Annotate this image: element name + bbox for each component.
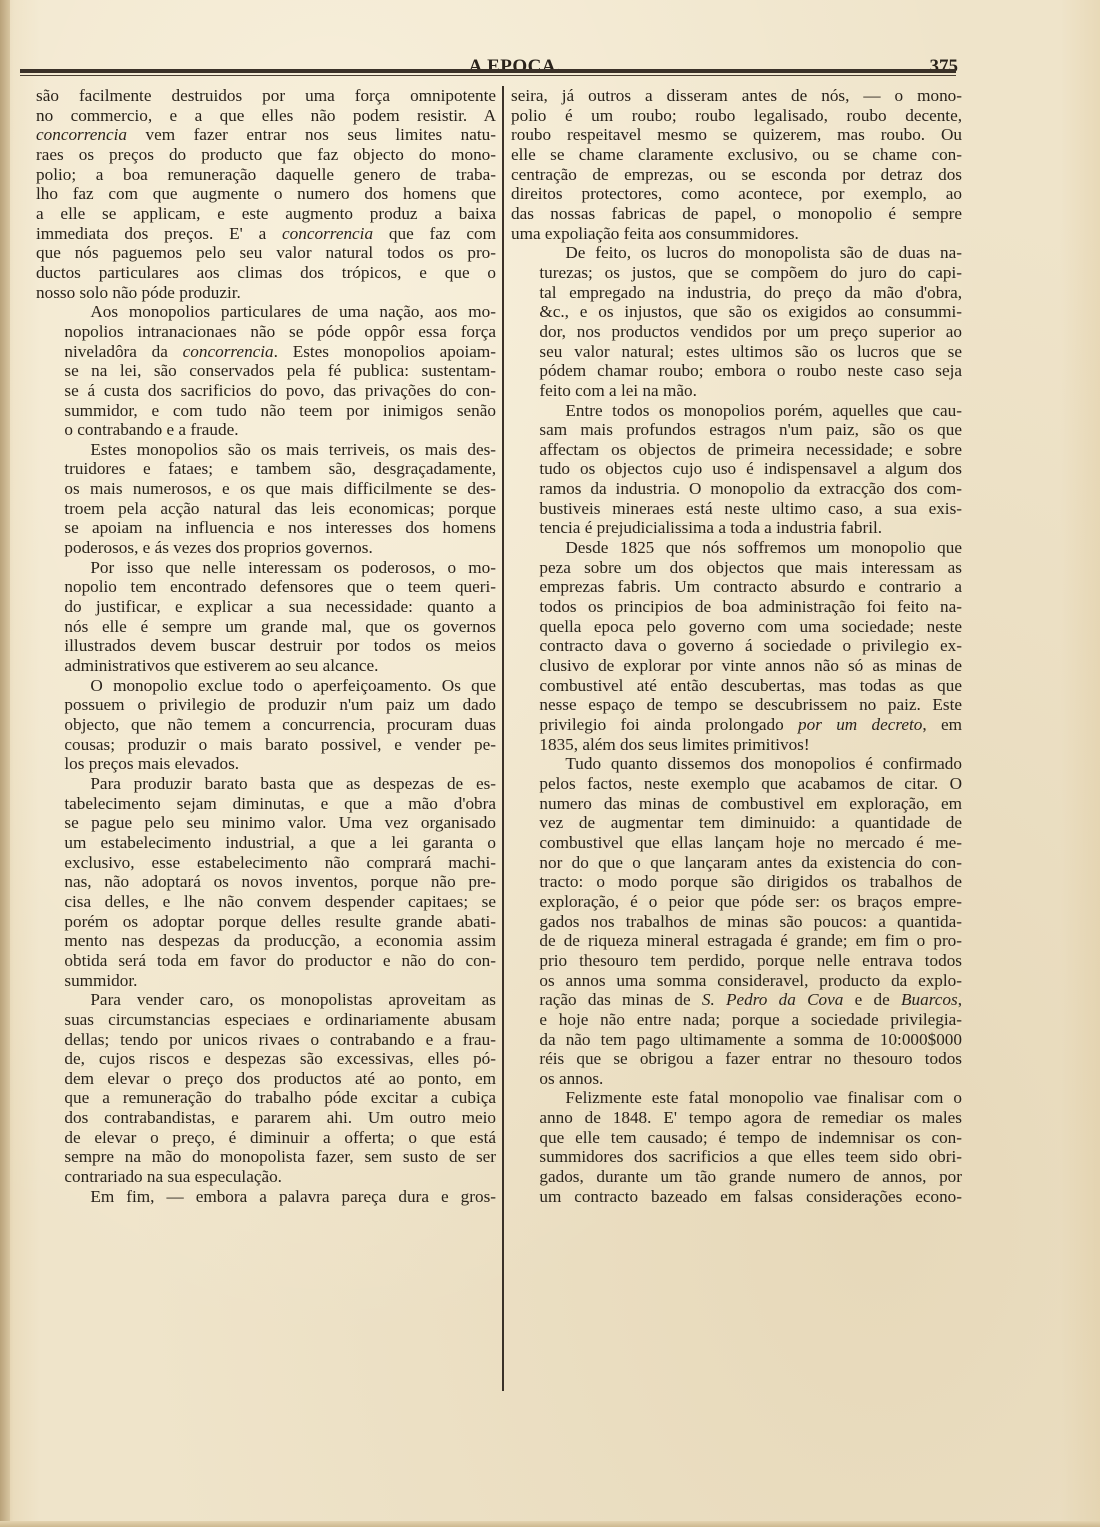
paragraph: Por isso que nelle interessam os poderos…	[36, 558, 496, 676]
text-line: nopolios intranacionaes não se póde oppô…	[36, 322, 496, 342]
text-line: raes os preços do producto que faz objec…	[36, 145, 496, 165]
text-line: uma expoliação feita aos consummidores.	[511, 224, 962, 244]
text-line: Entre todos os monopolios porém, aquelle…	[511, 401, 962, 421]
text-line: Em fim, — embora a palavra pareça dura e…	[36, 1187, 496, 1207]
text-line: sam mais profundos estragos n'um paiz, s…	[511, 420, 962, 440]
text-line: um estabelecimento industrial, a que a l…	[36, 833, 496, 853]
text-line: immediata dos preços. E' a concorrencia …	[36, 224, 496, 244]
text-line: sempre na mão do monopolista fazer, sem …	[36, 1147, 496, 1167]
text-line: nor do que o que lançaram antes da exist…	[511, 853, 962, 873]
text-line: pelos factos, neste exemplo que acabamos…	[511, 774, 962, 794]
text-line: objecto, que não temem a concurrencia, p…	[36, 715, 496, 735]
text-line: exclusivo, esse estabelecimento não comp…	[36, 853, 496, 873]
text-line: Aos monopolios particulares de uma nação…	[36, 302, 496, 322]
text-line: se apoiam na influencia e nos interesses…	[36, 518, 496, 538]
text-line: se pague pelo seu minimo valor. Uma vez …	[36, 813, 496, 833]
paragraph: Aos monopolios particulares de uma nação…	[36, 302, 496, 440]
text-line: possuem o privilegio de produzir n'um pa…	[36, 695, 496, 715]
text-line: ductos particulares aos climas dos trópi…	[36, 263, 496, 283]
text-line: nesse espaço de tempo se descubrissem no…	[511, 695, 962, 715]
text-line: peza sobre um dos objectos que mais inte…	[511, 558, 962, 578]
text-line: da não tem pago ultimamente a somma de 1…	[511, 1030, 962, 1050]
text-line: summidor.	[36, 971, 496, 991]
text-line: dos contrabandistas, e pararem ahi. Um o…	[36, 1108, 496, 1128]
text-line: e hoje não entre nada; porque a sociedad…	[511, 1010, 962, 1030]
text-line: tal empregado na industria, do preço da …	[511, 283, 962, 303]
text-line: os annos uma somma consideravel, product…	[511, 971, 962, 991]
text-line: os annos.	[511, 1069, 962, 1089]
text-line: tudo os objectos cujo uso é indispensave…	[511, 459, 962, 479]
text-line: quella epoca pelo governo com uma socied…	[511, 617, 962, 637]
text-line: tracto: o modo porque são dirigidos os t…	[511, 872, 962, 892]
text-line: troem pela acção natural das leis econom…	[36, 499, 496, 519]
text-line: que elle tem causado; é tempo de indemni…	[511, 1128, 962, 1148]
text-line: Por isso que nelle interessam os poderos…	[36, 558, 496, 578]
text-line: mento nas despezas da producção, a econo…	[36, 931, 496, 951]
text-line: gados, durante um tão grande numero de a…	[511, 1167, 962, 1187]
text-line: tabelecimento sejam diminutas, e que a m…	[36, 794, 496, 814]
text-line: Para produzir barato basta que as despez…	[36, 774, 496, 794]
text-line: centração de emprezas, ou se esconda por…	[511, 165, 962, 185]
text-line: feito com a lei na mão.	[511, 381, 962, 401]
text-line: se á custa dos sacrificios do povo, das …	[36, 381, 496, 401]
text-line: concorrencia vem fazer entrar nos seus l…	[36, 125, 496, 145]
text-line: dellas; tendo por unicos rivaes o contra…	[36, 1030, 496, 1050]
paragraph: Para vender caro, os monopolistas aprove…	[36, 990, 496, 1187]
text-line: cisa delles, e lhe não convem despender …	[36, 892, 496, 912]
text-line: pódem chamar roubo; embora o roubo neste…	[511, 361, 962, 381]
text-line: nós elle é sempre um grande mal, que os …	[36, 617, 496, 637]
text-line: combustivel até então descubertas, mas t…	[511, 676, 962, 696]
text-line: Felizmente este fatal monopolio vae fina…	[511, 1088, 962, 1108]
text-line: de, cujos riscos e despezas são excessiv…	[36, 1049, 496, 1069]
paragraph: O monopolio exclue todo o aperfeiçoament…	[36, 676, 496, 774]
header-rule-thick	[20, 69, 956, 73]
text-line: poderosos, e ás vezes dos proprios gover…	[36, 538, 496, 558]
text-line: Estes monopolios são os mais terriveis, …	[36, 440, 496, 460]
text-line: polio é um roubo; roubo legalisado, roub…	[511, 106, 962, 126]
text-line: illustrados devem buscar destruir por to…	[36, 636, 496, 656]
paragraph: Em fim, — embora a palavra pareça dura e…	[36, 1187, 496, 1207]
text-line: réis que se obrigou a fazer entrar no th…	[511, 1049, 962, 1069]
paragraph: De feito, os lucros do monopolista são d…	[511, 243, 962, 400]
text-line: do justificar, e explicar a sua necessid…	[36, 597, 496, 617]
paragraph: Desde 1825 que nós soffremos um monopoli…	[511, 538, 962, 754]
paragraph: são facilmente destruidos por uma força …	[36, 86, 496, 302]
text-line: ramos da industria. O monopolio da extra…	[511, 479, 962, 499]
paragraph: Estes monopolios são os mais terriveis, …	[36, 440, 496, 558]
text-line: dor, nos productos vendidos por um preço…	[511, 322, 962, 342]
text-line: um contracto bazeado em falsas considera…	[511, 1187, 962, 1207]
text-line: combustivel que ellas lançam hoje no mer…	[511, 833, 962, 853]
text-line: truidores e fataes; e tambem são, desgra…	[36, 459, 496, 479]
text-line: Para vender caro, os monopolistas aprove…	[36, 990, 496, 1010]
text-line: &c., e os injustos, que são os exigidos …	[511, 302, 962, 322]
paragraph: Felizmente este fatal monopolio vae fina…	[511, 1088, 962, 1206]
text-line: os mais numerosos, e os que mais diffici…	[36, 479, 496, 499]
page-bottom-edge	[0, 1521, 1100, 1527]
text-line: seira, já outros a disseram antes de nós…	[511, 86, 962, 106]
text-line: seu valor natural; estes ultimos são os …	[511, 342, 962, 362]
text-line: lho faz com que augmente o numero dos ho…	[36, 184, 496, 204]
text-line: de elevar o preço, é diminuir a offerta;…	[36, 1128, 496, 1148]
text-line: niveladôra da concorrencia. Estes monopo…	[36, 342, 496, 362]
text-line: numero das minas de combustivel em explo…	[511, 794, 962, 814]
text-line: roubo respeitavel mesmo se quizerem, mas…	[511, 125, 962, 145]
text-line: Desde 1825 que nós soffremos um monopoli…	[511, 538, 962, 558]
paragraph: Para produzir barato basta que as despez…	[36, 774, 496, 990]
text-line: summidores dos sacrificios a que elles t…	[511, 1147, 962, 1167]
text-line: vez de augmentar tem diminuido: a quanti…	[511, 813, 962, 833]
text-line: que nós paguemos pelo seu valor natural …	[36, 243, 496, 263]
left-column: são facilmente destruidos por uma força …	[36, 86, 496, 1206]
text-line: se na lei, são conservados pela fé publi…	[36, 361, 496, 381]
text-line: affectam os objectos de primeira necessi…	[511, 440, 962, 460]
text-line: a elle se applicam, e este augmento prod…	[36, 204, 496, 224]
text-line: gados nos trabalhos de minas são poucos:…	[511, 912, 962, 932]
text-line: obtida será toda em favor do productor e…	[36, 951, 496, 971]
paragraph: seira, já outros a disseram antes de nós…	[511, 86, 962, 243]
text-line: tencia é prejudicialissima a toda a indu…	[511, 518, 962, 538]
text-line: De feito, os lucros do monopolista são d…	[511, 243, 962, 263]
text-line: ração das minas de S. Pedro da Cova e de…	[511, 990, 962, 1010]
text-line: anno de 1848. E' tempo agora de remediar…	[511, 1108, 962, 1128]
text-line: Tudo quanto dissemos dos monopolios é co…	[511, 754, 962, 774]
text-line: turezas; os justos, que se compõem do ju…	[511, 263, 962, 283]
column-divider	[502, 86, 504, 1391]
binding-edge	[0, 0, 10, 1527]
text-line: nopolio tem encontrado defensores que o …	[36, 577, 496, 597]
text-line: suas circumstancias especiaes e ordinari…	[36, 1010, 496, 1030]
text-line: polio; a boa remuneração daquelle genero…	[36, 165, 496, 185]
text-line: todos os principios de boa administração…	[511, 597, 962, 617]
text-line: clusivo de explorar por vinte annos não …	[511, 656, 962, 676]
text-line: elle se chame claramente exclusivo, ou s…	[511, 145, 962, 165]
paragraph: Entre todos os monopolios porém, aquelle…	[511, 401, 962, 539]
text-line: dem elevar o preço dos productos até ao …	[36, 1069, 496, 1089]
text-line: administrativos que estiverem ao seu alc…	[36, 656, 496, 676]
text-line: exploração, é o peior que póde ser: os b…	[511, 892, 962, 912]
text-line: direitos protectores, como acontece, por…	[511, 184, 962, 204]
page-header: A EPOCA. 375	[36, 56, 958, 80]
text-line: de de riqueza mineral estragada é grande…	[511, 931, 962, 951]
text-line: los preços mais elevados.	[36, 754, 496, 774]
text-line: O monopolio exclue todo o aperfeiçoament…	[36, 676, 496, 696]
text-line: emprezas fabris. Um contracto absurdo e …	[511, 577, 962, 597]
text-line: prio thesouro tem perdido, porque nelle …	[511, 951, 962, 971]
right-column: seira, já outros a disseram antes de nós…	[511, 86, 962, 1206]
text-line: cousas; produzir o mais barato possivel,…	[36, 735, 496, 755]
text-line: contracto dava o governo á sociedade o p…	[511, 636, 962, 656]
paragraph: Tudo quanto dissemos dos monopolios é co…	[511, 754, 962, 1088]
newspaper-page: A EPOCA. 375 são facilmente destruidos p…	[0, 0, 1100, 1527]
text-line: contrariado na sua especulação.	[36, 1167, 496, 1187]
text-line: nosso solo não póde produzir.	[36, 283, 496, 303]
text-line: que a remuneração do trabalho póde excit…	[36, 1088, 496, 1108]
text-line: o contrabando e a fraude.	[36, 420, 496, 440]
text-line: privilegio foi ainda prolongado por um d…	[511, 715, 962, 735]
header-rule-thin	[20, 75, 956, 76]
text-line: porém os adoptar porque delles resulte g…	[36, 912, 496, 932]
text-line: nas, não adoptará os novos inventos, por…	[36, 872, 496, 892]
text-line: summidor, e com tudo não teem por inimig…	[36, 401, 496, 421]
text-line: são facilmente destruidos por uma força …	[36, 86, 496, 106]
text-line: no commercio, e a que elles não podem re…	[36, 106, 496, 126]
text-line: 1835, além dos seus limites primitivos!	[511, 735, 962, 755]
text-line: bustiveis mineraes está neste ultimo cas…	[511, 499, 962, 519]
text-line: das nossas fabricas de papel, o monopoli…	[511, 204, 962, 224]
